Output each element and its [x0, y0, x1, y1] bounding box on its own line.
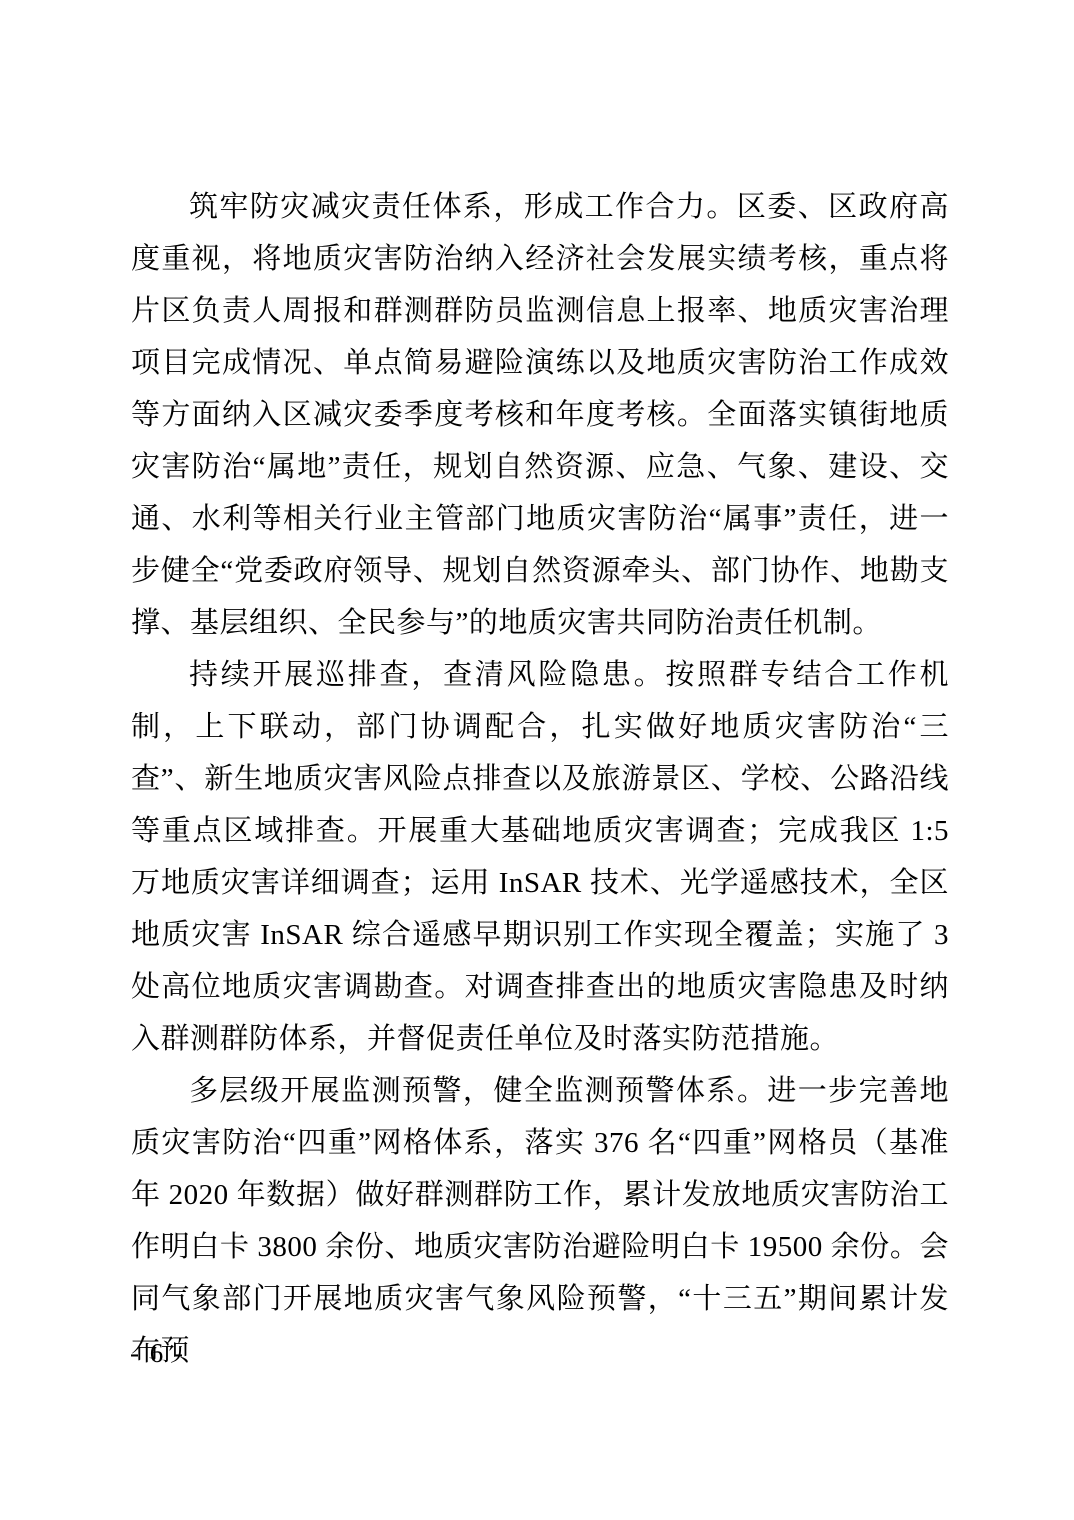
paragraph-monitoring-warning: 多层级开展监测预警，健全监测预警体系。进一步完善地质灾害防治“四重”网格体系，落…: [131, 1065, 949, 1377]
page-number: - 6 -: [130, 1336, 185, 1370]
paragraph-responsibility-system: 筑牢防灾减灾责任体系，形成工作合力。区委、区政府高度重视，将地质灾害防治纳入经济…: [131, 181, 949, 649]
document-page: 筑牢防灾减灾责任体系，形成工作合力。区委、区政府高度重视，将地质灾害防治纳入经济…: [0, 0, 1074, 1520]
paragraph-risk-inspection: 持续开展巡排查，查清风险隐患。按照群专结合工作机制，上下联动，部门协调配合，扎实…: [131, 649, 949, 1065]
document-body: 筑牢防灾减灾责任体系，形成工作合力。区委、区政府高度重视，将地质灾害防治纳入经济…: [131, 181, 949, 1377]
